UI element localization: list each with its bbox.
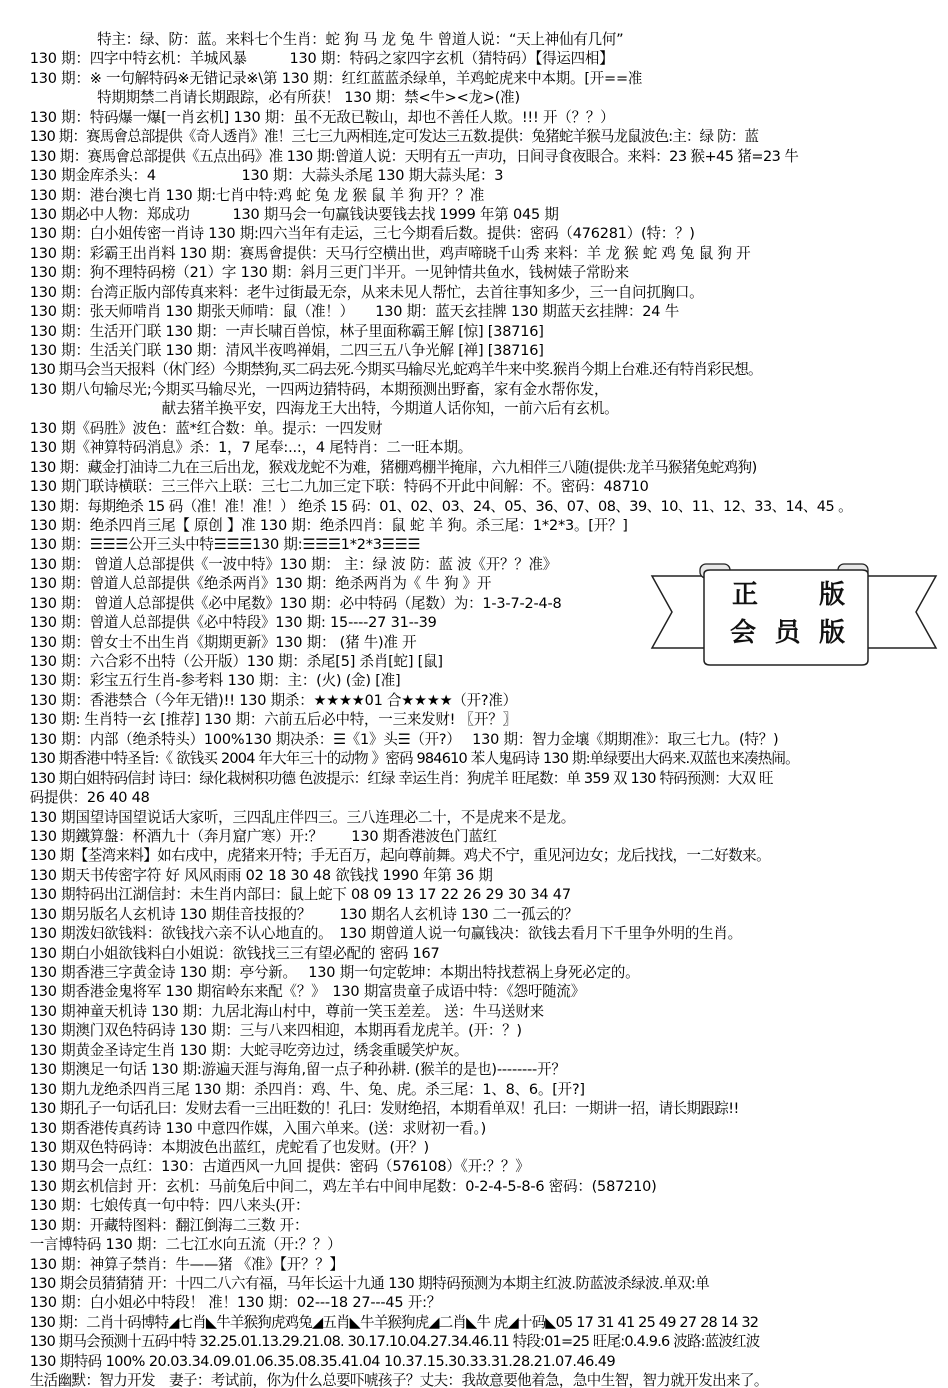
text-line: 130 期《神算特码消息》杀：1，7 尾奉:..:，4 尾特肖：二一旺本期。 xyxy=(0,438,940,457)
text-line: 130 期香港三字黄金诗 130 期：亭兮新。 130 期一句定乾坤：本期出特找… xyxy=(0,963,940,982)
text-line: 130 期双色特码诗：本期波色出蓝红，虎蛇看了也发财。(开？) xyxy=(0,1138,940,1157)
text-line: 130 期：生活开门联 130 期：一声长啸百兽惊，林子里面称霸王解 [惊] [… xyxy=(0,322,940,341)
text-line: 130 期：张天师啃肖 130 期张天师啃：鼠（准！） 130 期：蓝天玄挂牌 … xyxy=(0,302,940,321)
banner-char: 员 xyxy=(774,614,800,652)
text-line: 生活幽默：智力开发 妻子：考试前，你为什么总要吓唬孩子？丈夫：我故意要他着急，急… xyxy=(0,1371,940,1388)
text-line: 130 期天书传密字符 好 风风雨雨 02 18 30 48 欲钱找 1990 … xyxy=(0,866,940,885)
text-line: 献去猪羊换平安，四海龙王大出特，今期道人话你知，一前六后有玄机。 xyxy=(0,399,940,418)
text-line: 特主：绿、防：蓝。来料七个生肖：蛇 狗 马 龙 兔 牛 曾道人说：“天上神仙有几… xyxy=(0,30,940,49)
document-page: 特主：绿、防：蓝。来料七个生肖：蛇 狗 马 龙 兔 牛 曾道人说：“天上神仙有几… xyxy=(0,30,948,1388)
text-line: 130 期：特码爆一爆[一肖玄机] 130 期：虽不无敌已鞍山，却也不善任人欺。… xyxy=(0,108,940,127)
text-line: 130 期《码胜》波色：蓝*红合数：单。提示：一四发财 xyxy=(0,419,940,438)
text-line: 130 期玄机信封 开：玄机：马前兔后中间二，鸡左羊右中间申尾数：0-2-4-5… xyxy=(0,1177,940,1196)
text-line: 130 期会员猜猜猜 开：十四二八六有福，马年长运十九通 130 期特码预测为本… xyxy=(0,1274,940,1293)
text-line: 一言博特码 130 期：二七江水向五流（开:？？） xyxy=(0,1235,940,1254)
text-line: 130 期：港台澳七肖 130 期:七肖中特:鸡 蛇 兔 龙 猴 鼠 羊 狗 开… xyxy=(0,186,940,205)
text-line: 130 期：开藏特图料：翻江倒海二三数 开： xyxy=(0,1216,940,1235)
text-line: 130 期神童天机诗 130 期：九居北海山村中，尊前一笑玉差差。 送：牛马送财… xyxy=(0,1002,940,1021)
text-line: 130 期：台湾正版内部传真来料：老牛过街最无奈，从来未见人帮忙，去首往事知多少… xyxy=(0,283,940,302)
text-line: 130 期：神算子禁肖：牛——猪 《准》【开？？】 xyxy=(0,1255,940,1274)
text-line: 130 期马会预测十五码中特 32.25.01.13.29.21.08. 30.… xyxy=(0,1332,940,1351)
text-line: 130 期：彩霸王出肖料 130 期：赛馬會提供：天马行空横出世，鸡声啼晓千山秀… xyxy=(0,244,940,263)
banner-char: 会 xyxy=(730,614,756,652)
text-line: 130 期：每期绝杀 15 码（准！准！准！） 绝杀 15 码：01、02、03… xyxy=(0,497,940,516)
text-line: 130 期香港中特圣旨:《 欲钱买 2004 年大年三十的动物 》密码 9846… xyxy=(0,749,940,768)
text-line: 130 期【荃湾来料】如右戌中，虎猪来开特；手无百万，起向尊前舞。鸡犬不宁，重见… xyxy=(0,846,940,865)
text-line: 130 期孔子一句话孔曰：发财去看一三出旺数的！孔曰：发财绝招，本期看单双！孔曰… xyxy=(0,1099,940,1118)
text-line: 130 期香港金鬼将军 130 期宿岭东来配《？》 130 期富贵童子成语中特：… xyxy=(0,982,940,1001)
text-line: 130 期：藏金打油诗二九在三后出龙，猴戏龙蛇不为难，猪棚鸡棚半掩扉，六九相伴三… xyxy=(0,458,940,477)
text-line: 130 期：内部（绝杀特头）100%130 期决杀：☰《1》头☰（开?） 130… xyxy=(0,730,940,749)
text-line: 130 期国望诗国望说话大家听，三四乱庄伴四三。三八连理必二十，不是虎来不是龙。 xyxy=(0,808,940,827)
text-line: 130 期: 生肖特一玄 [推荐] 130 期：六前五后必中特，一三来发财! 〖… xyxy=(0,710,940,729)
text-line: 130 期：白小姐传密一肖诗 130 期:四六当年有走运，三七今期看后数。提供：… xyxy=(0,224,940,243)
text-line: 130 期澳足一句话 130 期:游遍天涯与海角,留一点子种孙耕. (猴羊的是也… xyxy=(0,1060,940,1079)
text-line: 130 期：赛馬會总部提供《奇人透肖》准！三七三九两相连,定可发达三五数.提供：… xyxy=(0,127,940,146)
text-line: 130 期：二肖十码博特◢七肖◣牛羊猴狗虎鸡兔◢五肖◣牛羊猴狗虎◢二肖◣牛 虎◢… xyxy=(0,1313,940,1332)
text-line: 130 期另版名人玄机诗 130 期佳音技报的？ 130 期名人玄机诗 130 … xyxy=(0,905,940,924)
text-line: 130 期金库杀头：4 130 期：大蒜头杀尾 130 期大蒜头尾：3 xyxy=(0,166,940,185)
text-line: 130 期马会一点红：130：古道西风一九回 提供：密码（576108）《开:？… xyxy=(0,1157,940,1176)
text-line: 130 期九龙绝杀四肖三尾 130 期：杀四肖：鸡、牛、兔、虎。杀三尾：1、8、… xyxy=(0,1080,940,1099)
text-line: 130 期：四字中特玄机：羊城风暴 130 期：特码之家四字玄机（猜特码）【得运… xyxy=(0,49,940,68)
text-line: 130 期门联诗横联：三三伴六上联：三七二九加三定下联：特码不开此中间解：不。密… xyxy=(0,477,940,496)
text-line: 130 期马会当天报料（休门经）今期禁狗,买二码去死.今期买马输尽光,蛇鸡羊牛来… xyxy=(0,360,940,379)
text-line: 130 期：香港禁合（今年无错)!! 130 期杀：★★★★01 合★★★★（开… xyxy=(0,691,940,710)
text-line: 130 期：七娘传真一句中特：四八来头(开： xyxy=(0,1196,940,1215)
banner-char: 版 xyxy=(819,576,845,614)
text-line: 130 期：绝杀四肖三尾【 原创 】准 130 期：绝杀四肖：鼠 蛇 羊 狗。杀… xyxy=(0,516,940,535)
text-line: 130 期特码 100% 20.03.34.09.01.06.35.08.35.… xyxy=(0,1352,940,1371)
membership-banner: 正 版 会 员 版 xyxy=(650,552,940,687)
text-line: 130 期八句输尽光;今期买马输尽光，一四两边猜特码，本期预测出野畜，家有金水帮… xyxy=(0,380,940,399)
text-line: 130 期特码出江湖信封：未生肖内部曰：鼠上蛇下 08 09 13 17 22 … xyxy=(0,885,940,904)
text-line: 130 期：生活关门联 130 期：清风半夜鸣禅娟，二四三五八争光解 [禅] [… xyxy=(0,341,940,360)
text-line: 130 期澳门双色特码诗 130 期：三与八来四相迎，本期再看龙虎羊。(开：？) xyxy=(0,1021,940,1040)
text-line: 130 期：※ 一句解特码※无错记录※\第 130 期：红红蓝蓝杀绿单，羊鸡蛇虎… xyxy=(0,69,940,88)
banner-text: 正 版 会 员 版 xyxy=(730,576,845,652)
text-line: 130 期：狗不理特码榜（21）字 130 期：斜月三更门半开。一见钟情共鱼水，… xyxy=(0,263,940,282)
text-line: 130 期：白小姐必中特段！ 准！130 期：02---18 27---45 开… xyxy=(0,1293,940,1312)
banner-char: 正 xyxy=(732,576,758,614)
text-line: 特期期禁二肖请长期跟踪，必有所获！ 130 期：禁<牛><龙>(准) xyxy=(0,88,940,107)
text-line: 130 期泼妇欲钱料：欲钱找六亲不认心地直的。 130 期曾道人说一句赢钱决：欲… xyxy=(0,924,940,943)
text-line: 130 期香港传真药诗 130 中意四作媒，入围六单来。(送：求财初一看。) xyxy=(0,1119,940,1138)
text-line: 码提供：26 40 48 xyxy=(0,788,940,807)
banner-char: 版 xyxy=(819,614,845,652)
text-line: 130 期鐵算盤：杯酒九十（奔月窟广寒）开:？ 130 期香港波色门蓝红 xyxy=(0,827,940,846)
text-line: 130 期白小姐欲钱料白小姐说：欲钱找三三有望必配的 密码 167 xyxy=(0,944,940,963)
text-line: 130 期必中人物：郑成功 130 期马会一句赢钱诀要钱去找 1999 年第 0… xyxy=(0,205,940,224)
text-line: 130 期黄金圣诗定生肖 130 期：大蛇寻吃旁边过，绣衾重暖笑炉灰。 xyxy=(0,1041,940,1060)
text-line: 130 期白姐特码信封 诗曰：绿化栽树积功德 色波提示：红绿 幸运生肖：狗虎羊 … xyxy=(0,769,940,788)
text-line: 130 期：赛馬會总部提供《五点出码》准 130 期:曾道人说：天明有五一声功，… xyxy=(0,147,940,166)
